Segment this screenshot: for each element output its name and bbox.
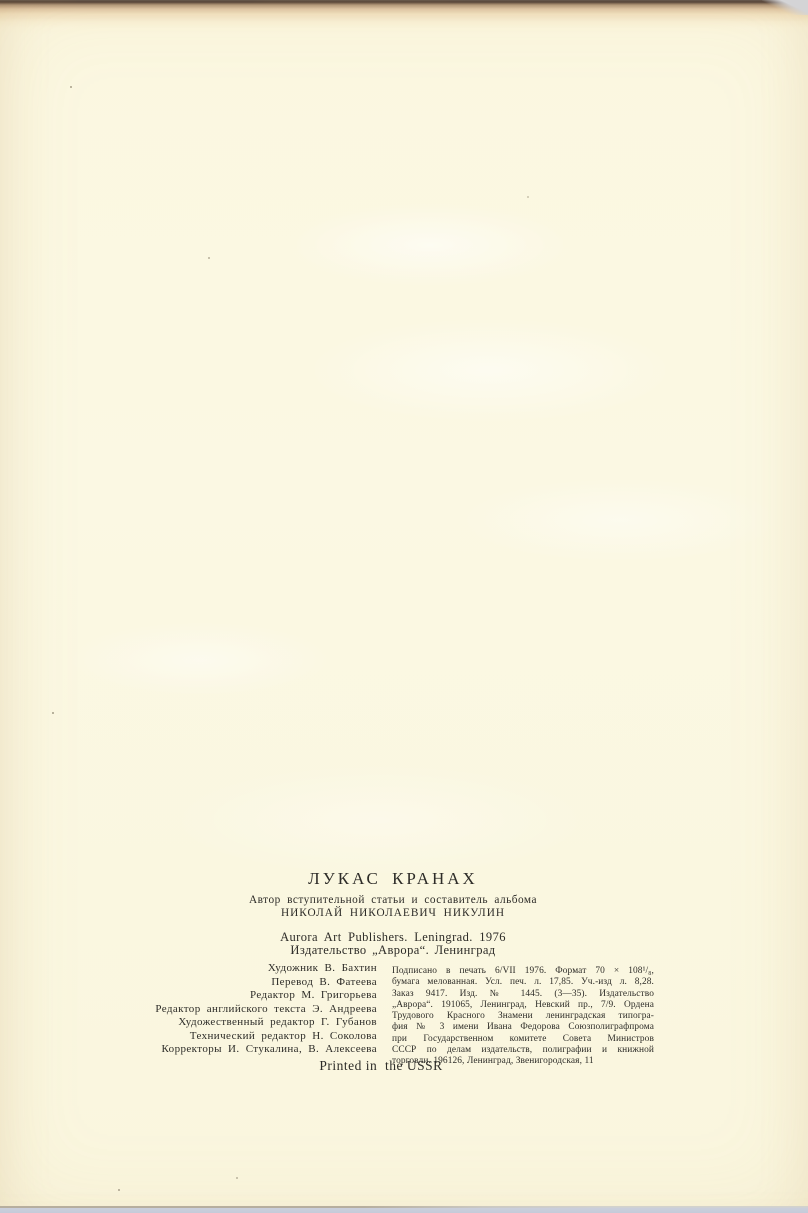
page-torn-edge — [0, 0, 808, 36]
credits-list: Художник В. Бахтин Перевод В. Фатеева Ре… — [0, 962, 377, 1057]
author-name: НИКОЛАЙ НИКОЛАЕВИЧ НИКУЛИН — [0, 907, 786, 919]
imprint-line: СССР по делам издательств, полиграфии и … — [392, 1045, 654, 1056]
publisher-russian: Издательство „Аврора“. Ленинград — [0, 943, 786, 958]
imprint-line: Подписано в печать 6/VII 1976. Формат 70… — [392, 966, 654, 977]
credit-line: Корректоры И. Стукалина, В. Алексеева — [0, 1043, 377, 1057]
scanned-colophon-page: ЛУКАС КРАНАХ Автор вступительной статьи … — [0, 0, 808, 1213]
book-title: ЛУКАС КРАНАХ — [0, 869, 786, 889]
imprint-line: фия № 3 имени Ивана Федорова Союзполигра… — [392, 1022, 654, 1033]
scanner-corner-top-right — [762, 0, 808, 15]
credit-line: Технический редактор Н. Соколова — [0, 1030, 377, 1044]
imprint-line: бумага мелованная. Усл. печ. л. 17,85. У… — [392, 977, 654, 988]
imprint-line: Трудового Красного Знамени ленинградская… — [392, 1011, 654, 1022]
printed-in-ussr: Printed in the USSR — [0, 1058, 774, 1074]
credit-line: Редактор М. Григорьева — [0, 989, 377, 1003]
imprint-line: Заказ 9417. Изд. № 1445. (3—35). Издател… — [392, 989, 654, 1000]
imprint-line: при Государственном комитете Совета Мини… — [392, 1034, 654, 1045]
imprint-block: Подписано в печать 6/VII 1976. Формат 70… — [392, 966, 654, 1068]
paper-specks — [70, 86, 72, 88]
credit-line: Художник В. Бахтин — [0, 962, 377, 976]
credit-line: Художественный редактор Г. Губанов — [0, 1016, 377, 1030]
credit-line: Редактор английского текста Э. Андреева — [0, 1003, 377, 1017]
imprint-line: „Аврора“. 191065, Ленинград, Невский пр.… — [392, 1000, 654, 1011]
scanner-edge-bottom — [0, 1206, 808, 1213]
author-note: Автор вступительной статьи и составитель… — [0, 894, 786, 906]
credit-line: Перевод В. Фатеева — [0, 976, 377, 990]
